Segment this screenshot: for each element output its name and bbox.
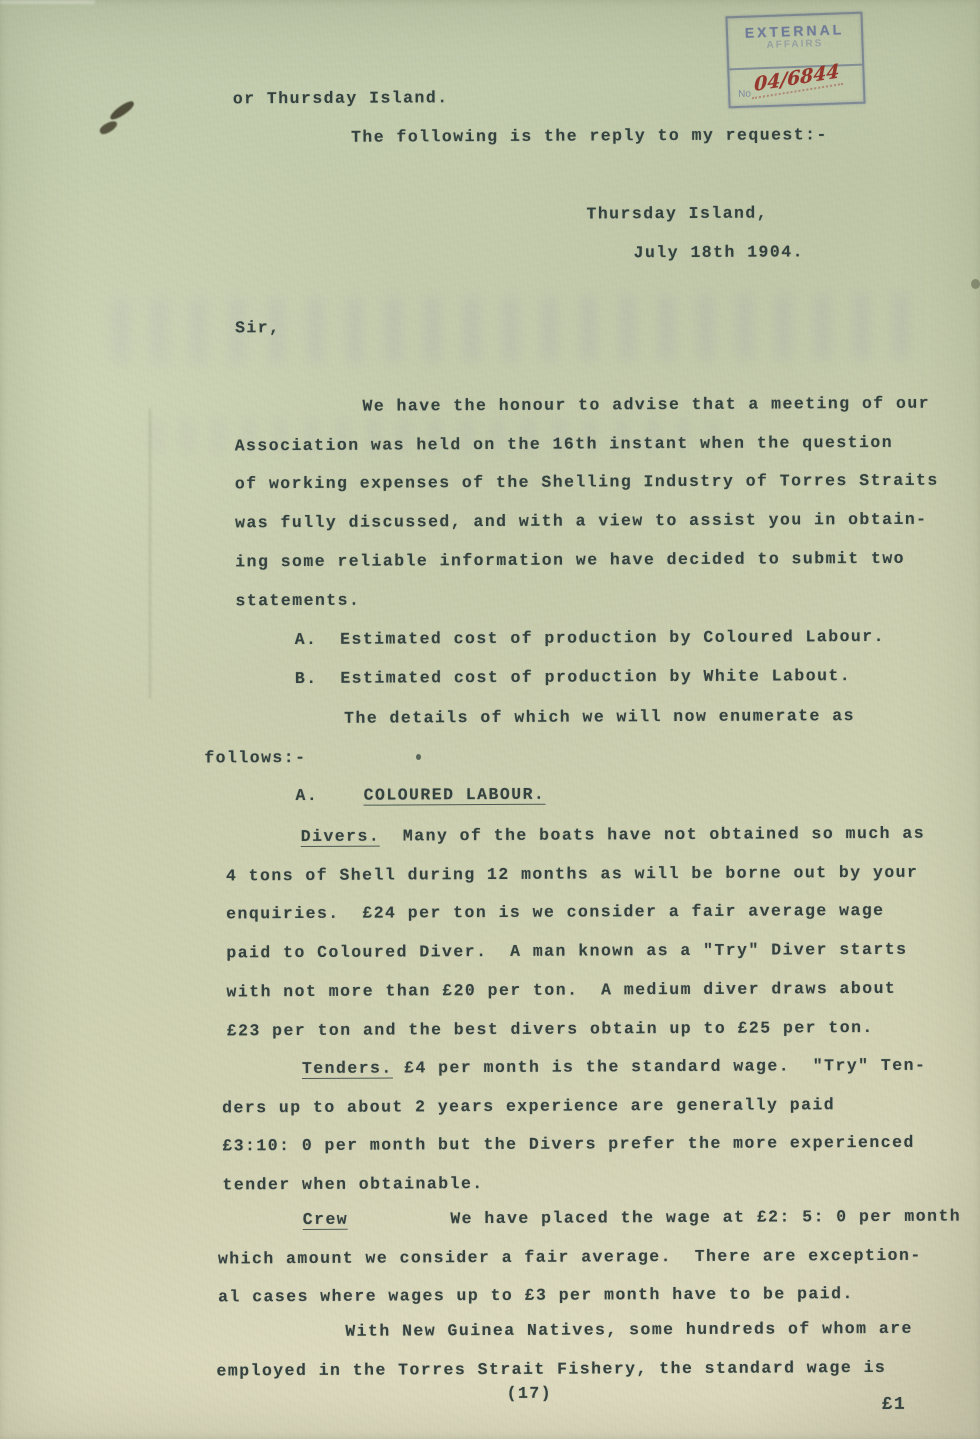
dateline: Thursday Island,July 18th 1904.	[586, 194, 804, 273]
document-line: Thursday Island,	[586, 194, 803, 234]
document-line: We have the honour to advise that a meet…	[234, 385, 938, 427]
document-line: paid to Coloured Diver. A man known as a…	[226, 931, 926, 973]
document-line: B. Estimated cost of production by White…	[295, 657, 885, 699]
salutation: Sir,	[235, 309, 281, 348]
document-line: which amount we consider a fair average.…	[218, 1236, 962, 1279]
document-line: 4 tons of Shell during 12 months as will…	[226, 853, 926, 895]
statement-list: A. Estimated cost of production by Colou…	[295, 618, 886, 698]
document-line: ing some reliable information we have de…	[235, 539, 939, 581]
document-line: Tenders. £4 per month is the standard wa…	[222, 1047, 927, 1089]
document-line: statements.	[235, 578, 939, 620]
corner-note: £1	[882, 1386, 907, 1425]
document-line: was fully discussed, and with a view to …	[235, 501, 939, 543]
intro-line: The following is the reply to my request…	[351, 116, 828, 157]
document-line: July 18th 1904.	[587, 233, 804, 273]
document-line: Divers. Many of the boats have not obtai…	[226, 815, 926, 857]
new-guinea-paragraph: With New Guinea Natives, some hundreds o…	[216, 1310, 913, 1391]
enumeration-lead-continued: follows:-	[204, 739, 306, 778]
letter-body: or Thursday Island. The following is the…	[0, 0, 980, 1439]
addressee-continuation-line: or Thursday Island.	[233, 79, 449, 119]
document-line: enquiries. £24 per ton is we consider a …	[226, 892, 926, 934]
document-line: ders up to about 2 years experience are …	[222, 1085, 927, 1127]
enumeration-lead: The details of which we will now enumera…	[344, 697, 855, 738]
divers-paragraph: Divers. Many of the boats have not obtai…	[226, 815, 927, 1051]
document-line: Sir,	[235, 309, 281, 348]
document-line: The details of which we will now enumera…	[344, 697, 855, 738]
document-line: with not more than £20 per ton. A medium…	[226, 970, 926, 1012]
page-number: (17)	[507, 1375, 553, 1414]
document-line: A. COLOURED LABOUR.	[295, 776, 545, 816]
document-line: follows:-	[204, 739, 306, 778]
opening-paragraph: We have the honour to advise that a meet…	[234, 385, 939, 621]
scanned-letter-page: EXTERNAL AFFAIRS No 04/6844 or Thursday …	[0, 0, 980, 1439]
document-line: The following is the reply to my request…	[351, 116, 828, 157]
document-line: With New Guinea Natives, some hundreds o…	[216, 1310, 913, 1352]
document-line: £23 per ton and the best divers obtain u…	[227, 1008, 927, 1050]
document-line: of working expenses of the Shelling Indu…	[235, 462, 939, 504]
document-line: employed in the Torres Strait Fishery, t…	[216, 1348, 913, 1390]
tenders-paragraph: Tenders. £4 per month is the standard wa…	[222, 1047, 927, 1205]
crew-paragraph: Crew We have placed the wage at £2: 5: 0…	[218, 1198, 962, 1318]
document-line: or Thursday Island.	[233, 79, 449, 119]
document-line: Association was held on the 16th instant…	[235, 423, 939, 465]
document-line: Crew We have placed the wage at £2: 5: 0…	[218, 1198, 962, 1241]
document-line: £3:10: 0 per month but the Divers prefer…	[222, 1124, 927, 1166]
section-heading-coloured-labour: A. COLOURED LABOUR.	[295, 776, 545, 816]
document-line: A. Estimated cost of production by Colou…	[295, 618, 885, 660]
